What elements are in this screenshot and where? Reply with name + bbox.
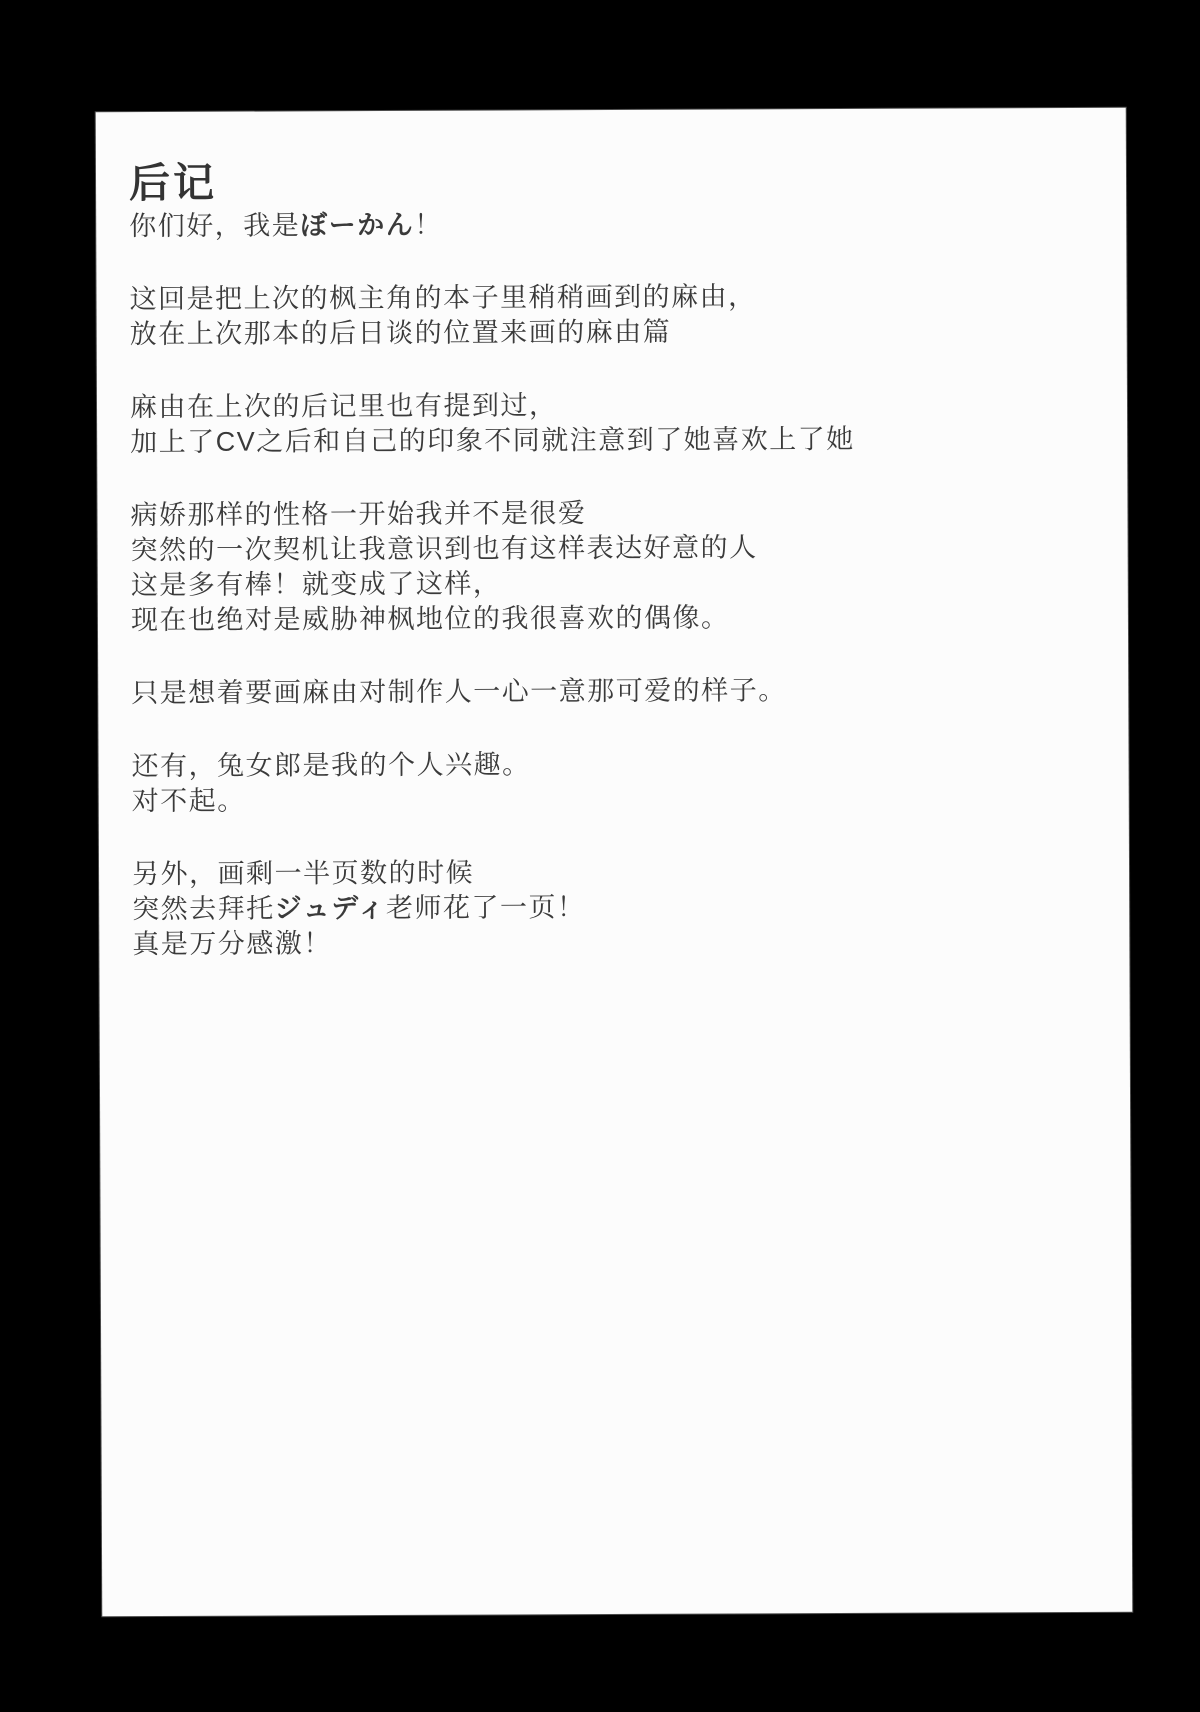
afterword-text-block: 后记 你们好，我是ぼーかん！ 这回是把上次的枫主角的本子里稍稍画到的麻由， 放在… [96, 108, 1130, 962]
guest-artist-name: ジュディ [275, 893, 386, 923]
text-line: 这回是把上次的枫主角的本子里稍稍画到的麻由， [129, 278, 1106, 317]
greeting-pre-text: 你们好，我是 [129, 210, 300, 241]
closing-pre-text: 突然去拜托 [132, 893, 275, 924]
paragraph-closing-thanks: 另外，画剩一半页数的时候 突然去拜托ジュディ老师花了一页！ 真是万分感激！ [132, 853, 1109, 962]
text-line: 病娇那样的性格一开始我并不是很爱 [130, 494, 1107, 533]
text-line: 还有，兔女郎是我的个人兴趣。 [132, 745, 1109, 784]
paragraph-bunny-girl: 还有，兔女郎是我的个人兴趣。 对不起。 [132, 745, 1109, 819]
text-line: 放在上次那本的后日谈的位置来画的麻由篇 [130, 313, 1107, 352]
scan-background: 后记 你们好，我是ぼーかん！ 这回是把上次的枫主角的本子里稍稍画到的麻由， 放在… [0, 0, 1200, 1712]
greeting-line: 你们好，我是ぼーかん！ [129, 204, 1106, 244]
text-line: 对不起。 [132, 780, 1109, 819]
paragraph-previous-book: 这回是把上次的枫主角的本子里稍稍画到的麻由， 放在上次那本的后日谈的位置来画的麻… [129, 278, 1106, 352]
text-line: 突然的一次契机让我意识到也有这样表达好意的人 [131, 529, 1108, 568]
afterword-page: 后记 你们好，我是ぼーかん！ 这回是把上次的枫主角的本子里稍稍画到的麻由， 放在… [96, 108, 1133, 1616]
text-line: 麻由在上次的后记里也有提到过， [130, 386, 1107, 425]
text-line: 现在也绝对是威胁神枫地位的我很喜欢的偶像。 [131, 599, 1108, 638]
closing-post-text: 老师花了一页！ [386, 892, 586, 923]
paragraph-yandere-thoughts: 病娇那样的性格一开始我并不是很爱 突然的一次契机让我意识到也有这样表达好意的人 … [130, 494, 1108, 638]
text-line: 只是想着要画麻由对制作人一心一意那可爱的样子。 [131, 672, 1108, 711]
text-line: 加上了CV之后和自己的印象不同就注意到了她喜欢上了她 [130, 421, 1107, 460]
author-name: ぼーかん [300, 210, 414, 240]
paragraph-drawing-motivation: 只是想着要画麻由对制作人一心一意那可爱的样子。 [131, 672, 1108, 711]
text-line: 突然去拜托ジュディ老师花了一页！ [132, 888, 1109, 927]
text-line: 真是万分感激！ [132, 923, 1109, 962]
text-line: 这是多有棒！就变成了这样， [131, 564, 1108, 603]
paragraph-mayu-mention: 麻由在上次的后记里也有提到过， 加上了CV之后和自己的印象不同就注意到了她喜欢上… [130, 386, 1107, 460]
page-title: 后记 [129, 154, 1106, 208]
greeting-post-text: ！ [414, 210, 443, 240]
text-line: 另外，画剩一半页数的时候 [132, 853, 1109, 892]
